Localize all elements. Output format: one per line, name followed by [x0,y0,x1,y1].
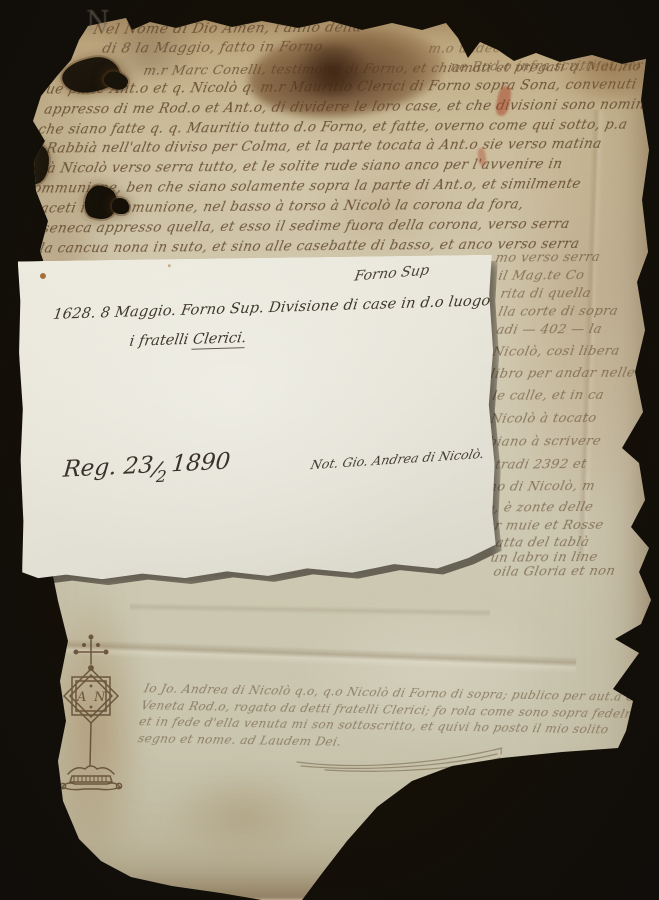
manuscript-line: m.r Marc Conelli, testimonij di Forno, e… [142,60,643,79]
note-family-name-underlined: Clerici. [191,330,247,350]
manuscript-line: la seneca appresso quella, et esso il se… [23,216,571,237]
manuscript-line: libro per andar nelle [489,366,637,382]
manuscript-line: biano à scrivere [487,434,602,450]
note-corner-label: Forno Sup [353,262,430,284]
manuscript-line: ò, è zonte delle [485,500,595,516]
manuscript-line: m.o undecima Il p.o nominert et alli [427,40,659,57]
manuscript-line: Nicolò, così libera [491,344,621,360]
manuscript-line: di 8 la Maggio, fatto in Forno [101,39,325,57]
monogram-letter-a: A [76,690,86,705]
note-registry-number: Reg. 23/21890 [62,449,231,483]
manuscript-line: et à Nicolò verso serra tutto, et le sol… [27,156,564,177]
manuscript-line: mo verso serra [494,250,602,266]
note-regest-line2: i fratelli Clerici. [128,330,247,350]
pen-flourish [295,742,510,776]
monogram-letter-n: N [93,690,106,705]
manuscript-line: Nel Nome di Dio Amen, l'anno della [92,20,364,38]
manuscript-line: il Rabbià nell'alto diviso per Colma, et… [31,136,603,157]
manuscript-line: rita di quella [499,286,592,302]
manuscript-line: zatta del tablà [487,535,591,551]
manuscript-line: oila Gloria et non [492,564,617,580]
manuscript-line: er muie et Rosse [485,518,605,534]
registry-year: 1890 [170,449,231,478]
note-regest-line1: 1628. 8 Maggio. Forno Sup. Divisione di … [52,292,518,323]
mount-inventory-mark: N [86,6,110,37]
note-notary-signature: Not. Gio. Andrea di Nicolò. [309,446,486,472]
note-line2-prefix: i fratelli [128,332,194,350]
manuscript-line: Nicolò à tocato [489,411,598,427]
manuscript-line: lla corte di sopra [497,304,619,320]
parchment-hole [112,198,129,214]
manuscript-line: il Mag.te Co [497,268,586,284]
registry-label: Reg. 23 [62,452,154,482]
manuscript-line: le calle, et in ca [491,388,605,404]
archival-photo: N Nel Nome di Dio Amen, l'anno dellam.o … [0,0,659,900]
foxing-spot [40,273,46,279]
registry-denominator: 2 [155,467,167,487]
foxing-spot [168,264,171,267]
manuscript-line: adi — 402 — la [495,322,603,338]
archivist-note: Forno Sup 1628. 8 Maggio. Forno Sup. Div… [18,255,496,586]
manuscript-line: appresso di me Rod.o et Ant.o, di divide… [43,97,659,118]
notary-sign-of-tabellionato: A N [48,628,138,798]
manuscript-line: che siano fatte q. q. Mauritio tutto d.o… [37,117,629,138]
